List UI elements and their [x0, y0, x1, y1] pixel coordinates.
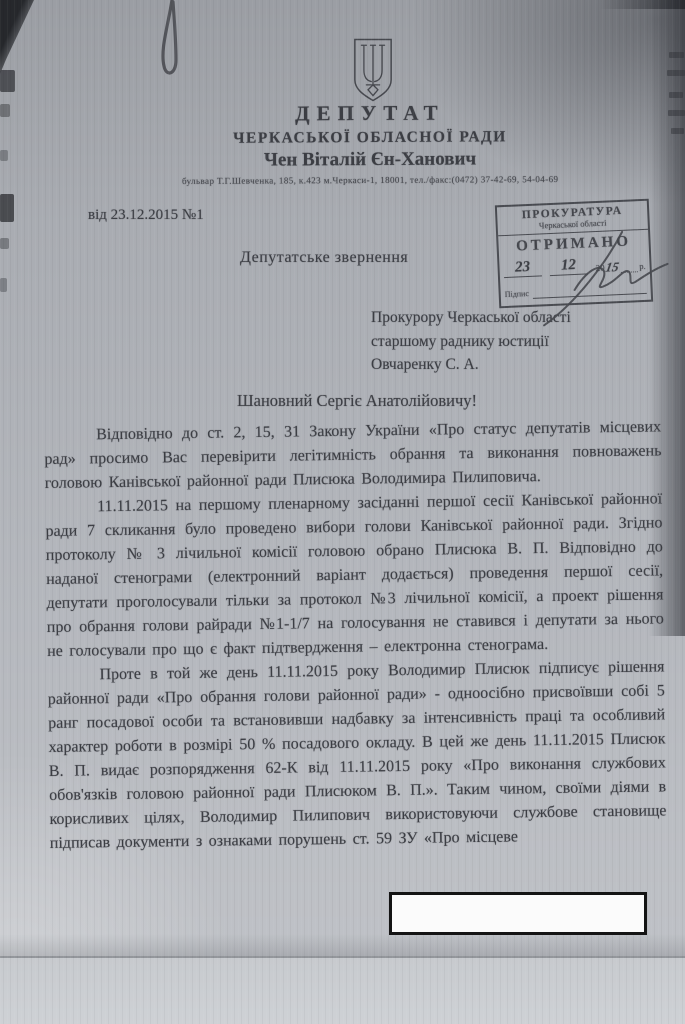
recipient-line: старшому раднику юстиції	[371, 330, 571, 354]
ukraine-trident-emblem-icon	[343, 37, 403, 103]
body-paragraph: Проте в той же день 11.11.2015 року Воло…	[47, 655, 667, 856]
left-edge-artifact	[0, 194, 14, 222]
letterhead-address: бульвар Т.Г.Шевченка, 185, к.423 м.Черка…	[60, 173, 680, 186]
left-edge-artifact	[0, 104, 10, 117]
salutation: Шановний Сергіє Анатолійовичу!	[237, 391, 477, 411]
scanned-document-photo: ДЕПУТАТ ЧЕРКАСЬКОЇ ОБЛАСНОЇ РАДИ Чен Віт…	[0, 0, 685, 1024]
stamp-date-row: 23 12 20 15 р.	[503, 252, 646, 278]
body-paragraph: Відповідно до ст. 2, 15, 31 Закону Украї…	[44, 415, 662, 496]
letterhead: ДЕПУТАТ ЧЕРКАСЬКОЇ ОБЛАСНОЇ РАДИ Чен Віт…	[60, 99, 680, 186]
photo-corner-shadow	[0, 0, 34, 74]
left-edge-artifact	[0, 278, 7, 292]
right-edge-artifact	[669, 92, 683, 98]
stamp-year-leader-line	[620, 260, 637, 273]
deputy-name: Чен Віталій Єн-Ханович	[60, 147, 680, 172]
stamp-day-handwritten: 23	[515, 259, 531, 276]
document-type-heading: Депутатське звернення	[240, 249, 408, 267]
photo-top-right-shadow	[599, 0, 685, 9]
letterhead-title: ДЕПУТАТ	[60, 99, 680, 127]
right-edge-artifact	[669, 52, 684, 58]
stamp-year-prefix: 20	[595, 262, 605, 274]
paper-bottom-shading	[0, 934, 685, 956]
paper-clip-icon	[146, 0, 206, 92]
recipient-line: Прокурору Черкаської області	[371, 306, 571, 330]
reference-date-line: від 23.12.2015 №1	[88, 207, 204, 224]
stamp-month-handwritten: 12	[561, 257, 577, 274]
recipient-line: Овчаренку С. А.	[371, 353, 571, 377]
stamp-year-suffix: р.	[639, 260, 646, 272]
left-edge-artifact	[0, 150, 8, 161]
stamp-signature-label: Підпис	[504, 288, 529, 300]
redaction-box	[389, 892, 647, 935]
letterhead-subtitle: ЧЕРКАСЬКОЇ ОБЛАСНОЇ РАДИ	[60, 127, 680, 148]
left-edge-artifact	[0, 238, 9, 249]
recipient-block: Прокурору Черкаської області старшому ра…	[371, 306, 571, 377]
stamp-signature-line	[533, 284, 647, 299]
right-edge-artifact	[667, 70, 685, 76]
background-surface-edge	[0, 956, 685, 1024]
body-paragraph: 11.11.2015 на першому пленарному засідан…	[45, 487, 664, 664]
letter-body: Відповідно до ст. 2, 15, 31 Закону Украї…	[44, 415, 667, 856]
stamp-year-handwritten: 15	[605, 261, 620, 274]
left-edge-artifact	[0, 70, 15, 92]
stamp-signature-row: Підпис	[504, 281, 646, 300]
received-stamp: ПРОКУРАТУРА Черкаської області ОТРИМАНО …	[495, 199, 653, 309]
